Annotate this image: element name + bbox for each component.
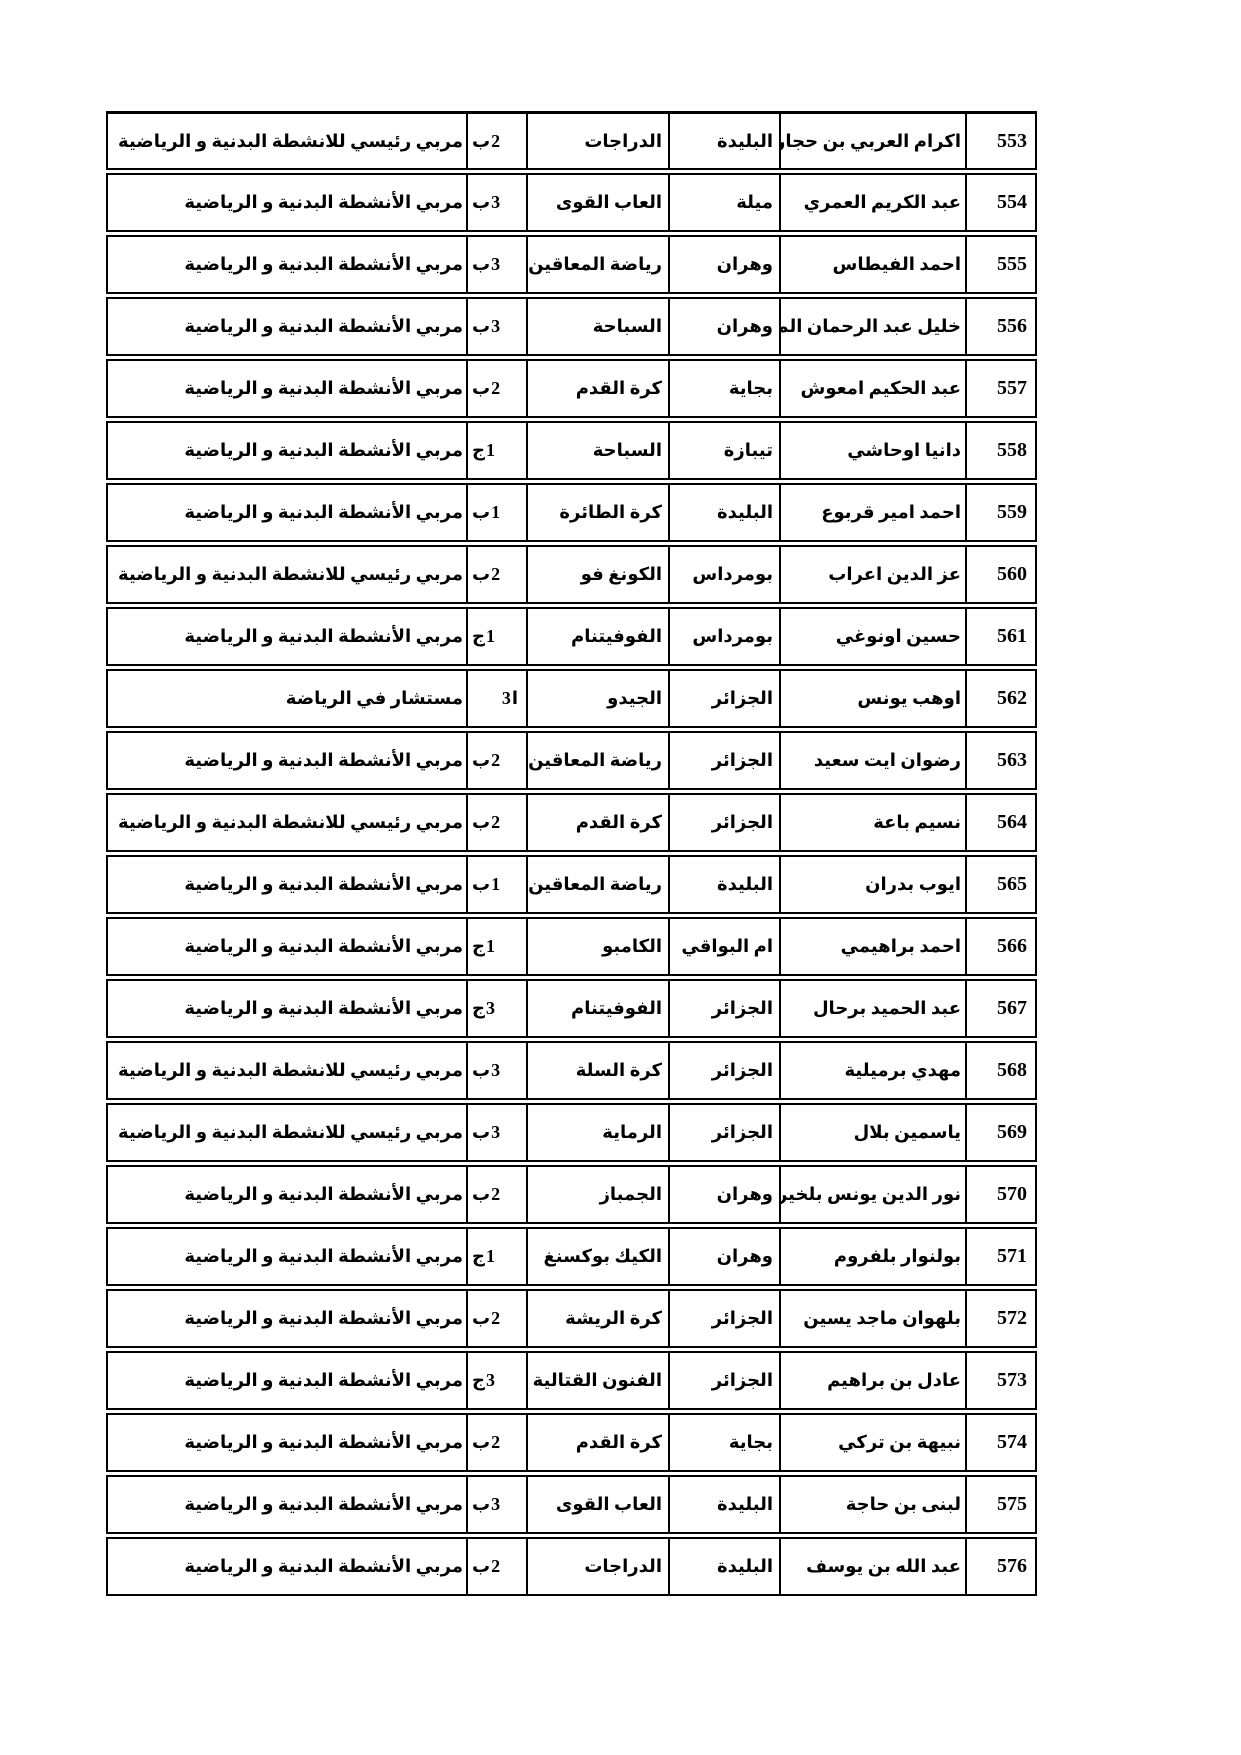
cell-sport: الكونغ فو — [526, 547, 668, 602]
cell-city: الجزائر — [668, 671, 779, 726]
cell-sport: الفنون القتالية — [526, 1353, 668, 1408]
cell-sport: رياضة المعاقين — [526, 237, 668, 292]
table-row: 570 نور الدين يونس بلخير وهران الجمباز ب… — [106, 1165, 1037, 1224]
grade-right-part: 2 — [491, 1184, 500, 1205]
cell-grade: ب 1 — [466, 485, 526, 540]
cell-grade: ب 1 — [466, 857, 526, 912]
table-row: 561 حسين اونوغي بومرداس الفوفيتنام ج 1 م… — [106, 607, 1037, 666]
cell-city: بجاية — [668, 1415, 779, 1470]
table-row: 568 مهدي برميلية الجزائر كرة السلة ب 3 م… — [106, 1041, 1037, 1100]
grade-left-part: ب — [472, 1122, 490, 1143]
cell-person-name: احمد براهيمي — [779, 919, 965, 974]
grade-right-part: 3 — [486, 998, 495, 1019]
cell-sport: كرة القدم — [526, 361, 668, 416]
table-row: 567 عبد الحميد برحال الجزائر الفوفيتنام … — [106, 979, 1037, 1038]
cell-person-name: احمد امير قربوع — [779, 485, 965, 540]
table-row: 573 عادل بن براهيم الجزائر الفنون القتال… — [106, 1351, 1037, 1410]
cell-sport: رياضة المعاقين — [526, 733, 668, 788]
cell-job-title: مربي الأنشطة البدنية و الرياضية — [108, 299, 466, 354]
cell-person-name: نسيم باعة — [779, 795, 965, 850]
table-row: 565 ايوب بدران البليدة رياضة المعاقين ب … — [106, 855, 1037, 914]
cell-row-number: 561 — [965, 609, 1035, 664]
cell-job-title: مربي الأنشطة البدنية و الرياضية — [108, 237, 466, 292]
cell-person-name: نبيهة بن تركي — [779, 1415, 965, 1470]
grade-right-part: 1 — [486, 440, 495, 461]
cell-row-number: 566 — [965, 919, 1035, 974]
cell-grade: ب 2 — [466, 1415, 526, 1470]
cell-sport: كرة القدم — [526, 1415, 668, 1470]
cell-sport: الدراجات — [526, 1539, 668, 1594]
grade-left-part: ب — [472, 564, 490, 585]
cell-person-name: عبد الله بن يوسف — [779, 1539, 965, 1594]
cell-row-number: 557 — [965, 361, 1035, 416]
cell-grade: ج 1 — [466, 919, 526, 974]
cell-row-number: 558 — [965, 423, 1035, 478]
cell-sport: الكامبو — [526, 919, 668, 974]
cell-grade: ب 2 — [466, 114, 526, 168]
cell-grade: ج 3 — [466, 981, 526, 1036]
table-row: 564 نسيم باعة الجزائر كرة القدم ب 2 مربي… — [106, 793, 1037, 852]
grade-left-part: ب — [472, 502, 490, 523]
grade-right-part: 2 — [491, 1556, 500, 1577]
grade-right-part: 1 — [486, 626, 495, 647]
grade-left-part: ب — [472, 874, 490, 895]
cell-row-number: 562 — [965, 671, 1035, 726]
cell-city: بومرداس — [668, 547, 779, 602]
table-row: 558 دانيا اوحاشي تيبازة السباحة ج 1 مربي… — [106, 421, 1037, 480]
cell-person-name: اوهب يونس — [779, 671, 965, 726]
cell-city: البليدة — [668, 1477, 779, 1532]
cell-job-title: مستشار في الرياضة — [108, 671, 466, 726]
grade-right-part: 2 — [491, 131, 500, 152]
cell-sport: رياضة المعاقين — [526, 857, 668, 912]
cell-sport: الفوفيتنام — [526, 609, 668, 664]
table-row: 566 احمد براهيمي ام البواقي الكامبو ج 1 … — [106, 917, 1037, 976]
cell-job-title: مربي الأنشطة البدنية و الرياضية — [108, 175, 466, 230]
cell-person-name: عادل بن براهيم — [779, 1353, 965, 1408]
cell-row-number: 560 — [965, 547, 1035, 602]
grade-left-part: ب — [472, 1556, 490, 1577]
grade-right-part: 2 — [491, 812, 500, 833]
cell-grade: ب 2 — [466, 1291, 526, 1346]
cell-grade: ج 1 — [466, 609, 526, 664]
cell-grade: ب 2 — [466, 361, 526, 416]
cell-job-title: مربي الأنشطة البدنية و الرياضية — [108, 857, 466, 912]
table-row: 569 ياسمين بلال الجزائر الرماية ب 3 مربي… — [106, 1103, 1037, 1162]
cell-row-number: 568 — [965, 1043, 1035, 1098]
cell-city: البليدة — [668, 1539, 779, 1594]
cell-row-number: 555 — [965, 237, 1035, 292]
table-row: 576 عبد الله بن يوسف البليدة الدراجات ب … — [106, 1537, 1037, 1596]
cell-sport: الجمباز — [526, 1167, 668, 1222]
document-page: 553 اكرام العربي بن حجار البليدة الدراجا… — [0, 0, 1241, 1755]
cell-row-number: 576 — [965, 1539, 1035, 1594]
cell-sport: السباحة — [526, 299, 668, 354]
cell-job-title: مربي رئيسي للانشطة البدنية و الرياضية — [108, 114, 466, 168]
cell-grade: ب 3 — [466, 1105, 526, 1160]
cell-job-title: مربي رئيسي للانشطة البدنية و الرياضية — [108, 795, 466, 850]
cell-row-number: 556 — [965, 299, 1035, 354]
cell-person-name: عبد الحكيم امعوش — [779, 361, 965, 416]
grade-right-part: 1 — [491, 874, 500, 895]
grade-left-part: ج — [472, 440, 485, 461]
personnel-table: 553 اكرام العربي بن حجار البليدة الدراجا… — [106, 111, 1037, 1596]
cell-city: البليدة — [668, 485, 779, 540]
cell-job-title: مربي الأنشطة البدنية و الرياضية — [108, 1291, 466, 1346]
cell-job-title: مربي رئيسي للانشطة البدنية و الرياضية — [108, 1105, 466, 1160]
cell-sport: كرة القدم — [526, 795, 668, 850]
cell-city: البليدة — [668, 857, 779, 912]
cell-row-number: 559 — [965, 485, 1035, 540]
cell-city: ام البواقي — [668, 919, 779, 974]
cell-job-title: مربي الأنشطة البدنية و الرياضية — [108, 1539, 466, 1594]
cell-city: ميلة — [668, 175, 779, 230]
cell-job-title: مربي الأنشطة البدنية و الرياضية — [108, 609, 466, 664]
cell-row-number: 564 — [965, 795, 1035, 850]
cell-job-title: مربي الأنشطة البدنية و الرياضية — [108, 361, 466, 416]
grade-right-part: 2 — [491, 564, 500, 585]
cell-person-name: ايوب بدران — [779, 857, 965, 912]
cell-row-number: 572 — [965, 1291, 1035, 1346]
table-row: 560 عز الدين اعراب بومرداس الكونغ فو ب 2… — [106, 545, 1037, 604]
cell-person-name: بلهوان ماجد يسين — [779, 1291, 965, 1346]
cell-job-title: مربي الأنشطة البدنية و الرياضية — [108, 423, 466, 478]
cell-job-title: مربي الأنشطة البدنية و الرياضية — [108, 1415, 466, 1470]
cell-sport: الدراجات — [526, 114, 668, 168]
grade-right-part: 3 — [491, 1494, 500, 1515]
cell-city: تيبازة — [668, 423, 779, 478]
cell-sport: الفوفيتنام — [526, 981, 668, 1036]
cell-person-name: لبنى بن حاجة — [779, 1477, 965, 1532]
cell-person-name: حسين اونوغي — [779, 609, 965, 664]
grade-left-part: ب — [472, 254, 490, 275]
cell-person-name: بولنوار بلفروم — [779, 1229, 965, 1284]
table-row: 572 بلهوان ماجد يسين الجزائر كرة الريشة … — [106, 1289, 1037, 1348]
grade-right-part: 2 — [491, 750, 500, 771]
cell-job-title: مربي الأنشطة البدنية و الرياضية — [108, 733, 466, 788]
cell-grade: ب 2 — [466, 733, 526, 788]
cell-grade: 3 ا — [466, 671, 526, 726]
cell-city: الجزائر — [668, 1353, 779, 1408]
cell-job-title: مربي الأنشطة البدنية و الرياضية — [108, 1229, 466, 1284]
table-row: 554 عبد الكريم العمري ميلة العاب القوى ب… — [106, 173, 1037, 232]
grade-right-part: 3 — [486, 1370, 495, 1391]
cell-sport: كرة الريشة — [526, 1291, 668, 1346]
cell-row-number: 569 — [965, 1105, 1035, 1160]
grade-left-part: ب — [472, 1184, 490, 1205]
cell-row-number: 563 — [965, 733, 1035, 788]
cell-city: الجزائر — [668, 1043, 779, 1098]
cell-city: وهران — [668, 1229, 779, 1284]
grade-left-part: ب — [472, 1494, 490, 1515]
grade-right-part: 3 — [491, 1060, 500, 1081]
grade-right-part: 1 — [491, 502, 500, 523]
cell-grade: ج 1 — [466, 1229, 526, 1284]
table-row: 557 عبد الحكيم امعوش بجاية كرة القدم ب 2… — [106, 359, 1037, 418]
grade-right-part: 3 — [491, 254, 500, 275]
grade-right-part: 2 — [491, 1432, 500, 1453]
cell-sport: الجيدو — [526, 671, 668, 726]
cell-grade: ج 3 — [466, 1353, 526, 1408]
cell-grade: ب 2 — [466, 795, 526, 850]
table-row: 555 احمد الفيطاس وهران رياضة المعاقين ب … — [106, 235, 1037, 294]
cell-city: الجزائر — [668, 733, 779, 788]
cell-person-name: ياسمين بلال — [779, 1105, 965, 1160]
cell-sport: العاب القوى — [526, 175, 668, 230]
grade-left-part: ج — [472, 1246, 485, 1267]
cell-job-title: مربي الأنشطة البدنية و الرياضية — [108, 1167, 466, 1222]
cell-row-number: 553 — [965, 114, 1035, 168]
grade-left-part: ب — [472, 192, 490, 213]
grade-right-part: 2 — [491, 378, 500, 399]
cell-job-title: مربي الأنشطة البدنية و الرياضية — [108, 981, 466, 1036]
cell-row-number: 565 — [965, 857, 1035, 912]
cell-city: الجزائر — [668, 981, 779, 1036]
cell-person-name: عز الدين اعراب — [779, 547, 965, 602]
table-row: 571 بولنوار بلفروم وهران الكيك بوكسنغ ج … — [106, 1227, 1037, 1286]
cell-job-title: مربي الأنشطة البدنية و الرياضية — [108, 485, 466, 540]
cell-person-name: احمد الفيطاس — [779, 237, 965, 292]
grade-right-part: 3 — [491, 316, 500, 337]
grade-left-part: ب — [472, 378, 490, 399]
cell-person-name: مهدي برميلية — [779, 1043, 965, 1098]
cell-sport: السباحة — [526, 423, 668, 478]
cell-job-title: مربي الأنشطة البدنية و الرياضية — [108, 919, 466, 974]
cell-grade: ب 3 — [466, 175, 526, 230]
cell-person-name: نور الدين يونس بلخير — [779, 1167, 965, 1222]
table-row: 575 لبنى بن حاجة البليدة العاب القوى ب 3… — [106, 1475, 1037, 1534]
cell-person-name: رضوان ايت سعيد — [779, 733, 965, 788]
grade-left-part: 3 — [502, 688, 511, 709]
grade-left-part: ب — [472, 316, 490, 337]
cell-sport: الرماية — [526, 1105, 668, 1160]
cell-row-number: 575 — [965, 1477, 1035, 1532]
table-row: 574 نبيهة بن تركي بجاية كرة القدم ب 2 مر… — [106, 1413, 1037, 1472]
cell-city: البليدة — [668, 114, 779, 168]
grade-left-part: ب — [472, 750, 490, 771]
grade-left-part: ب — [472, 1060, 490, 1081]
cell-job-title: مربي الأنشطة البدنية و الرياضية — [108, 1353, 466, 1408]
grade-right-part: 3 — [491, 1122, 500, 1143]
cell-grade: ج 1 — [466, 423, 526, 478]
cell-person-name: عبد الحميد برحال — [779, 981, 965, 1036]
cell-person-name: دانيا اوحاشي — [779, 423, 965, 478]
cell-city: بجاية — [668, 361, 779, 416]
grade-right-part: 1 — [486, 936, 495, 957]
cell-sport: كرة السلة — [526, 1043, 668, 1098]
cell-job-title: مربي رئيسي للانشطة البدنية و الرياضية — [108, 1043, 466, 1098]
grade-left-part: ج — [472, 936, 485, 957]
table-row: 553 اكرام العربي بن حجار البليدة الدراجا… — [106, 111, 1037, 170]
cell-city: الجزائر — [668, 1291, 779, 1346]
cell-person-name: خليل عبد الرحمان المسـ — [779, 299, 965, 354]
cell-job-title: مربي رئيسي للانشطة البدنية و الرياضية — [108, 547, 466, 602]
cell-city: بومرداس — [668, 609, 779, 664]
cell-row-number: 554 — [965, 175, 1035, 230]
cell-row-number: 574 — [965, 1415, 1035, 1470]
cell-city: وهران — [668, 237, 779, 292]
cell-grade: ب 3 — [466, 299, 526, 354]
cell-person-name: اكرام العربي بن حجار — [779, 114, 965, 168]
grade-left-part: ج — [472, 626, 485, 647]
table-row: 563 رضوان ايت سعيد الجزائر رياضة المعاقي… — [106, 731, 1037, 790]
table-row: 559 احمد امير قربوع البليدة كرة الطائرة … — [106, 483, 1037, 542]
cell-sport: العاب القوى — [526, 1477, 668, 1532]
cell-city: وهران — [668, 299, 779, 354]
grade-left-part: ب — [472, 1308, 490, 1329]
cell-grade: ب 2 — [466, 547, 526, 602]
cell-city: الجزائر — [668, 1105, 779, 1160]
cell-person-name: عبد الكريم العمري — [779, 175, 965, 230]
grade-right-part: 3 — [491, 192, 500, 213]
cell-grade: ب 2 — [466, 1167, 526, 1222]
cell-grade: ب 2 — [466, 1539, 526, 1594]
cell-grade: ب 3 — [466, 1477, 526, 1532]
cell-city: وهران — [668, 1167, 779, 1222]
table-row: 556 خليل عبد الرحمان المسـ وهران السباحة… — [106, 297, 1037, 356]
table-row: 562 اوهب يونس الجزائر الجيدو 3 ا مستشار … — [106, 669, 1037, 728]
grade-left-part: ب — [472, 131, 490, 152]
cell-grade: ب 3 — [466, 1043, 526, 1098]
grade-left-part: ب — [472, 812, 490, 833]
cell-city: الجزائر — [668, 795, 779, 850]
cell-row-number: 573 — [965, 1353, 1035, 1408]
cell-row-number: 567 — [965, 981, 1035, 1036]
grade-left-part: ج — [472, 1370, 485, 1391]
cell-sport: كرة الطائرة — [526, 485, 668, 540]
cell-job-title: مربي الأنشطة البدنية و الرياضية — [108, 1477, 466, 1532]
cell-row-number: 570 — [965, 1167, 1035, 1222]
cell-row-number: 571 — [965, 1229, 1035, 1284]
cell-grade: ب 3 — [466, 237, 526, 292]
grade-right-part: ا — [512, 688, 518, 709]
grade-left-part: ج — [472, 998, 485, 1019]
cell-sport: الكيك بوكسنغ — [526, 1229, 668, 1284]
grade-right-part: 1 — [486, 1246, 495, 1267]
grade-right-part: 2 — [491, 1308, 500, 1329]
grade-left-part: ب — [472, 1432, 490, 1453]
